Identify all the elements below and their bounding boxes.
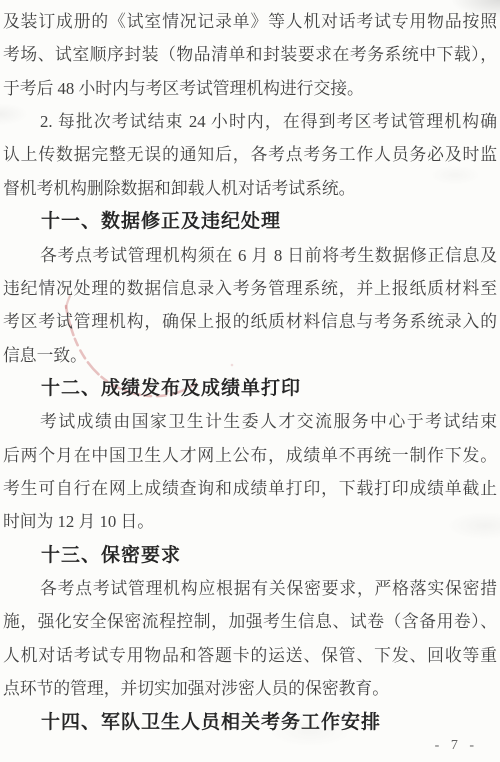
section-heading-11: 十一、数据修正及违纪处理 xyxy=(3,205,497,238)
section-heading-13: 十三、保密要求 xyxy=(3,539,497,572)
body-line: 督机考机构删除数据和卸载人机对话考试系统。 xyxy=(3,172,497,205)
section-heading-14: 十四、军队卫生人员相关考务工作安排 xyxy=(3,706,497,739)
document-page: 及装订成册的《试室情况记录单》等人机对话考试专用物品按照 考场、试室顺序封装（物… xyxy=(0,0,500,762)
body-line: 考场、试室顺序封装（物品清单和封装要求在考务系统中下载）， xyxy=(3,38,497,71)
body-line: 各考点考试管理机构应根据有关保密要求，严格落实保密措 xyxy=(3,572,497,605)
body-line: 信息一致。 xyxy=(3,339,497,372)
body-line: 考生可自行在网上成绩查询和成绩单打印，下载打印成绩单截止 xyxy=(3,472,497,505)
body-line: 考试成绩由国家卫生计生委人才交流服务中心于考试结束 xyxy=(3,405,497,438)
body-line: 时间为 12 月 10 日。 xyxy=(3,505,497,538)
page-number: - 7 - xyxy=(435,738,478,754)
body-line: 施，强化安全保密流程控制，加强考生信息、试卷（含备用卷）、 xyxy=(3,605,497,638)
section-heading-12: 十二、成绩发布及成绩单打印 xyxy=(3,372,497,405)
body-line: 及装订成册的《试室情况记录单》等人机对话考试专用物品按照 xyxy=(3,5,497,38)
body-line: 各考点考试管理机构须在 6 月 8 日前将考生数据修正信息及 xyxy=(3,239,497,272)
body-line: 2. 每批次考试结束 24 小时内，在得到考区考试管理机构确 xyxy=(3,105,497,138)
body-line: 人机对话考试专用物品和答题卡的运送、保管、下发、回收等重 xyxy=(3,639,497,672)
text-column: 及装订成册的《试室情况记录单》等人机对话考试专用物品按照 考场、试室顺序封装（物… xyxy=(0,5,500,739)
body-line: 点环节的管理，并切实加强对涉密人员的保密教育。 xyxy=(3,672,497,705)
body-line: 考区考试管理机构，确保上报的纸质材料信息与考务系统录入的 xyxy=(3,305,497,338)
body-line: 后两个月在中国卫生人才网上公布，成绩单不再统一制作下发。 xyxy=(3,439,497,472)
body-line: 违纪情况处理的数据信息录入考务管理系统，并上报纸质材料至 xyxy=(3,272,497,305)
body-line: 于考后 48 小时内与考区考试管理机构进行交接。 xyxy=(3,72,497,105)
body-line: 认上传数据完整无误的通知后，各考点考务工作人员务必及时监 xyxy=(3,138,497,171)
